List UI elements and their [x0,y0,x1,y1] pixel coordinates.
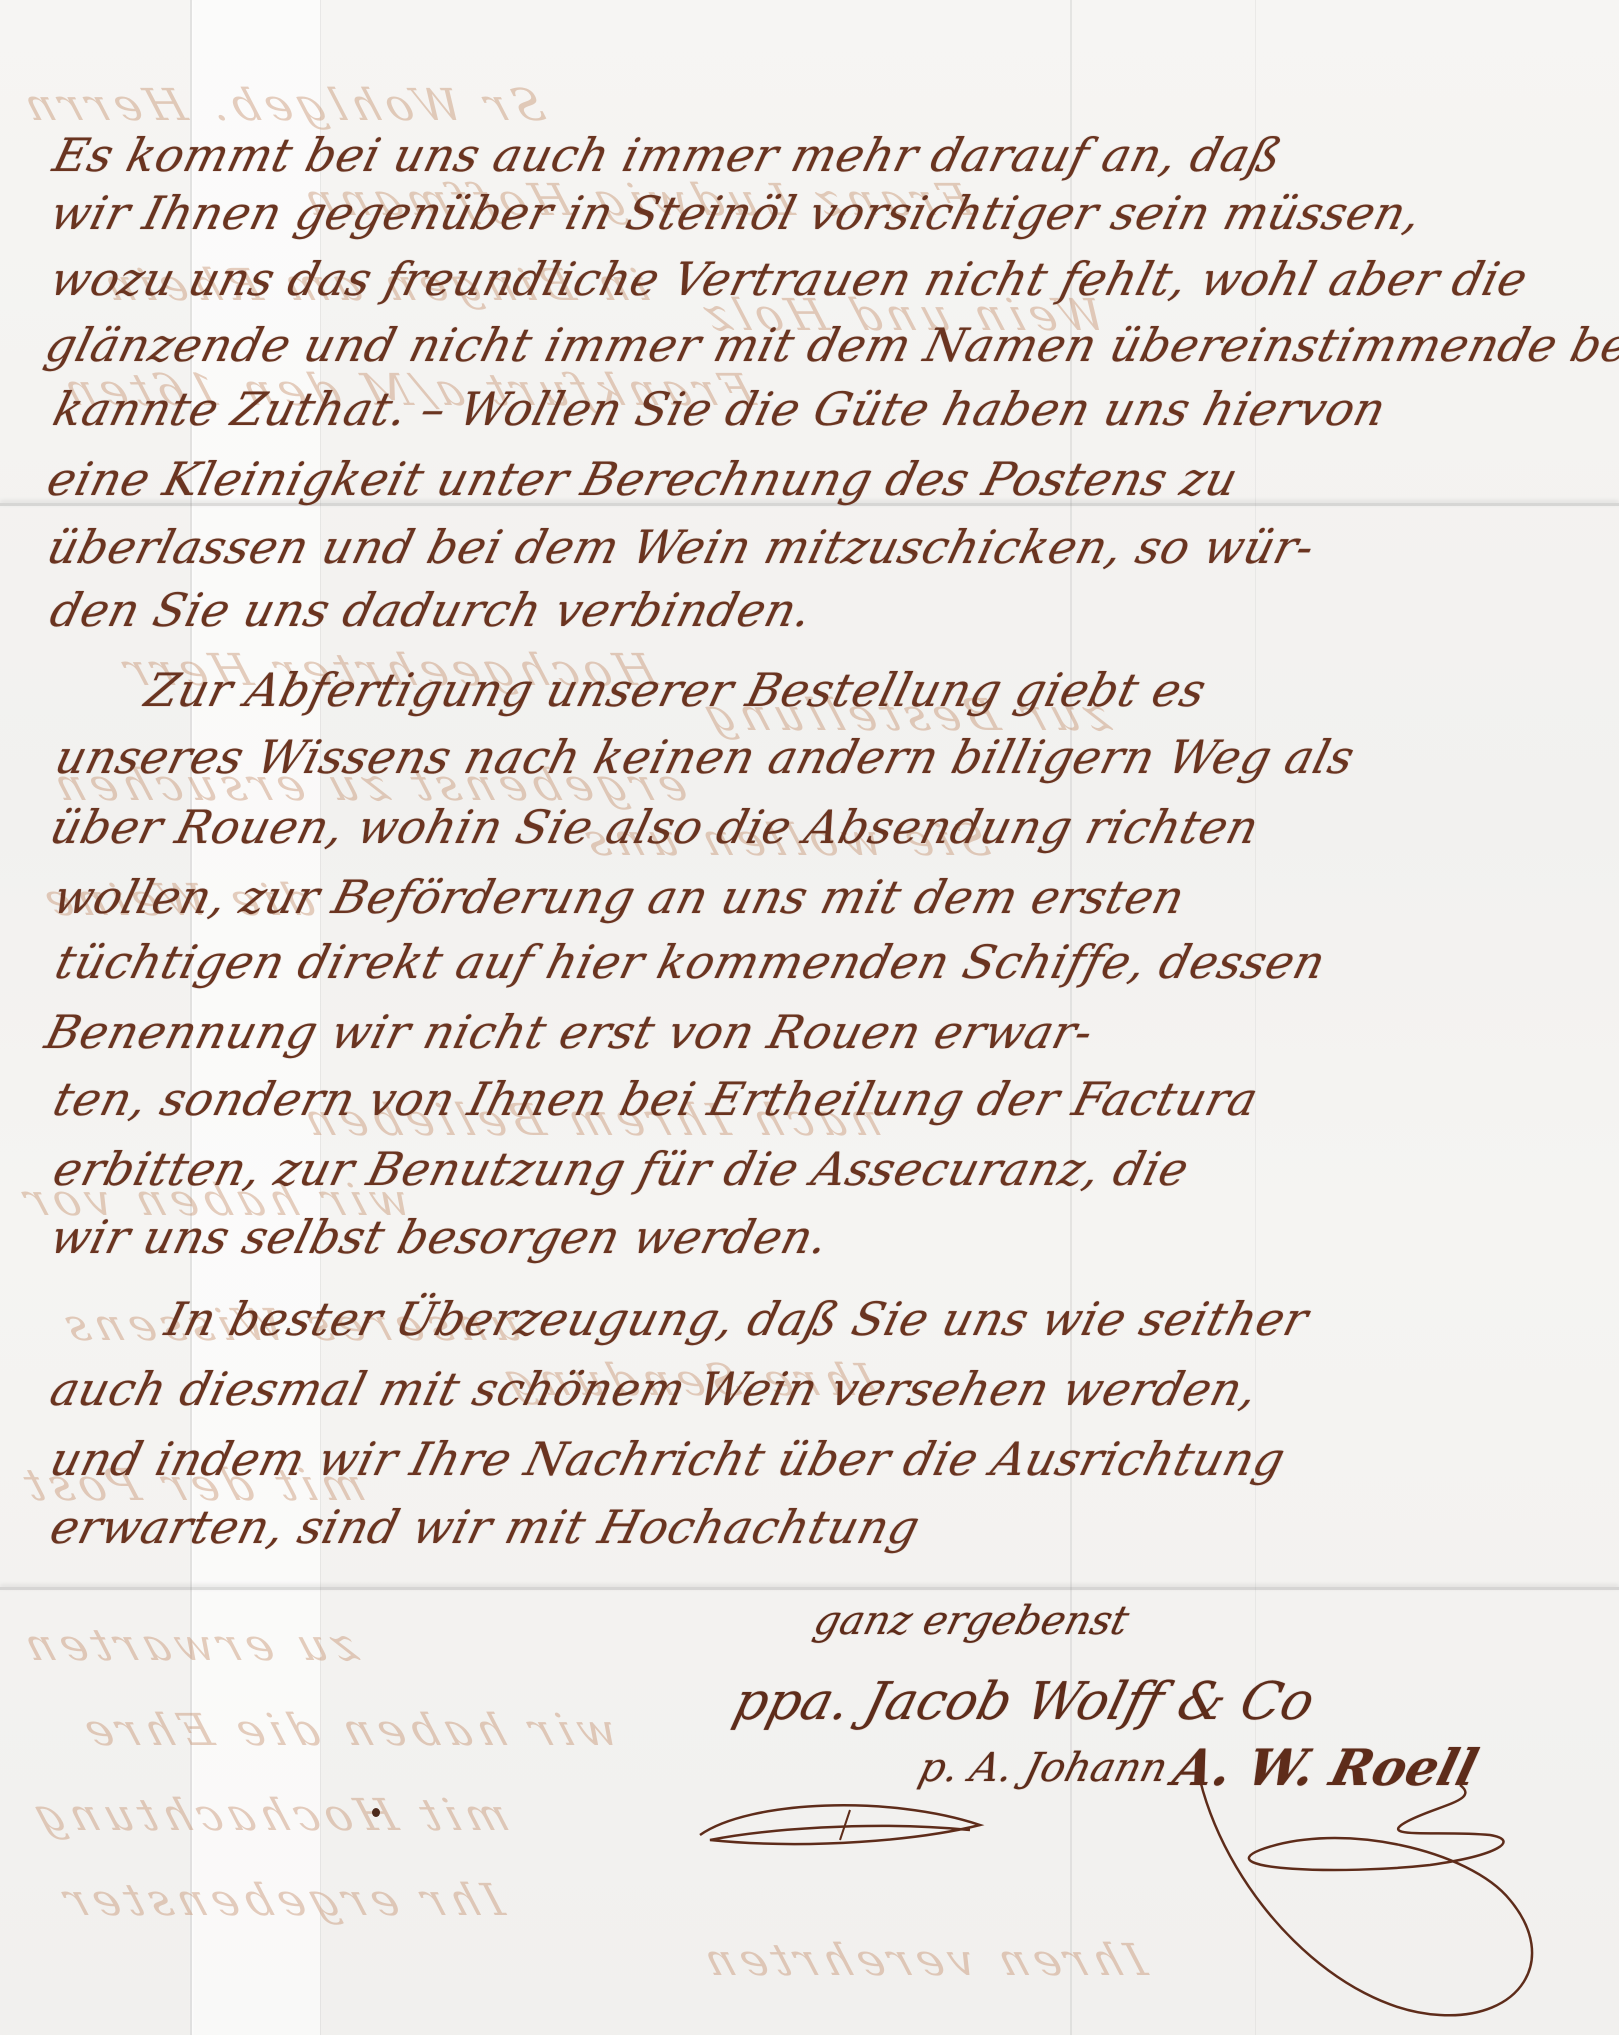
letter-closing: ganz ergebenst [809,1598,1133,1644]
letter-line: In bester Überzeugung, daß Sie uns wie s… [160,1292,1314,1346]
letter-body: Es kommt bei uns auch immer mehr darauf … [0,0,1619,2035]
letter-line: wollen, zur Beförderung an uns mit dem e… [48,870,1190,924]
letter-line: überlassen und bei dem Wein mitzuschicke… [42,520,1320,574]
letter-line: kannte Zuthat. – Wollen Sie die Güte hab… [48,382,1392,436]
letter-line: ten, sondern von Ihnen bei Ertheilung de… [48,1072,1264,1126]
letter-line: Benennung wir nicht erst von Rouen erwar… [40,1005,1099,1059]
letter-line: erbitten, zur Benutzung für die Assecura… [48,1142,1194,1196]
letter-line: unseres Wissens nach keinen andern billi… [50,730,1360,784]
signature-name: A. W. Roell [1168,1738,1484,1797]
signature-underline-flourish [690,1780,990,1860]
letter-line: erwarten, sind wir mit Hochachtung [45,1500,925,1554]
signature-prefix: p. A. Johann [914,1745,1172,1791]
letter-line: den Sie uns dadurch verbinden. [45,583,818,637]
letter-line: über Rouen, wohin Sie also die Absendung… [45,800,1265,854]
letter-line: wir Ihnen gegenüber in Steinöl vorsichti… [45,186,1427,240]
letter-line: wir uns selbst besorgen werden. [45,1210,834,1264]
letter-line: Es kommt bei uns auch immer mehr darauf … [48,128,1288,182]
ink-spot [372,1808,380,1817]
signature-main: ppa. Jacob Wolff & Co [728,1672,1321,1732]
letter-sheet: Sr Wohlgeb. Herrn Franz Ludwig Hoffmann … [0,0,1619,2035]
letter-line: auch diesmal mit schönem Wein versehen w… [45,1362,1263,1416]
letter-line: tüchtigen direkt auf hier kommenden Schi… [50,935,1331,989]
signature-paraph-flourish [1190,1780,1590,2035]
letter-line: glänzende und nicht immer mit dem Namen … [40,318,1619,372]
letter-line: Zur Abfertigung unserer Bestellung giebt… [140,663,1212,717]
letter-line: und indem wir Ihre Nachricht über die Au… [45,1432,1291,1486]
letter-line: eine Kleinigkeit unter Berechnung des Po… [42,452,1243,506]
letter-line: wozu uns das freundliche Vertrauen nicht… [45,252,1533,306]
